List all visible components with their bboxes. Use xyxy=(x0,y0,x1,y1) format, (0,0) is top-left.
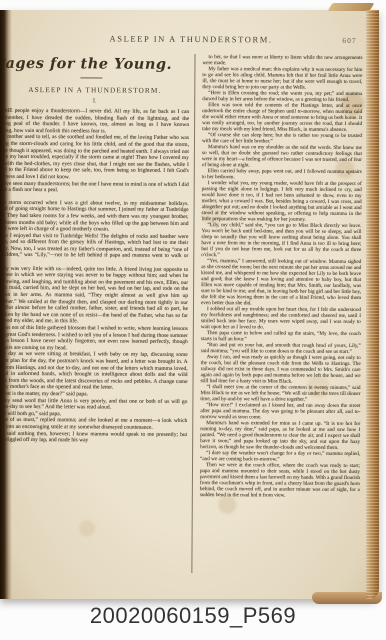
paragraph: I have seen many thunderstorms; but the … xyxy=(0,180,189,194)
paragraph: Ellen was soon told the contents of the … xyxy=(202,102,362,133)
paragraph: The storm occurred when I was a girl abo… xyxy=(0,200,189,234)
paragraph: She said nothing then, however; I knew m… xyxy=(0,430,187,444)
paragraph: I sobbed out all my trouble upon her hea… xyxy=(201,306,361,331)
heading-divider-rule xyxy=(80,77,102,78)
paragraph: to her, so that I was more at liberty to… xyxy=(202,54,362,67)
paragraph: “How nice!” I exclaimed as I kissed her,… xyxy=(200,402,360,421)
right-column-paragraphs: to her, so that I was more at liberty to… xyxy=(200,54,363,499)
running-head: ASLEEP IN A THUNDERSTORM. 607 xyxy=(2,33,379,47)
paragraph: “Here is Ellen crossing the road; she wa… xyxy=(202,90,362,103)
paragraph: “Run and put on your hat, and smooth tha… xyxy=(201,342,361,355)
paragraph: How I enjoyed that visit to Tunbridge We… xyxy=(0,232,188,266)
paragraph: Away I ran, and was ready as quickly as … xyxy=(201,354,361,385)
right-column: to her, so that I was more at liberty to… xyxy=(191,54,363,574)
book-fore-edge xyxy=(366,10,379,599)
paragraph: I wonder what you, my young reader, woul… xyxy=(202,180,362,223)
page-number: 607 xyxy=(342,36,356,45)
scanned-page-photo: ASLEEP IN A THUNDERSTORM. 607 Pages for … xyxy=(0,0,386,640)
paragraph: “Of course she can sleep here; but she i… xyxy=(202,132,362,145)
paragraph: It was not of this little gathered bloss… xyxy=(0,325,188,353)
paragraph: Then papa came in below and called up th… xyxy=(201,330,361,343)
left-column-paragraphs: SOME people enjoy a thunderstorm—I never… xyxy=(0,108,189,445)
paragraph: Mamma's hand was on my shoulder as she s… xyxy=(202,144,362,169)
paragraph: Ellen carried baby away, papa went out, … xyxy=(202,168,362,181)
paragraph: “I dare say the weather won't change for… xyxy=(200,450,360,463)
left-column: Pages for the Young. ASLEEP IN A THUNDER… xyxy=(0,53,190,573)
paragraph: Then we were at the coach office, where … xyxy=(200,462,360,499)
article-title: ASLEEP IN A THUNDERSTORM. xyxy=(0,85,189,95)
paragraph: SOME people enjoy a thunderstorm—I never… xyxy=(0,108,189,136)
paragraph: Mamma's hand was extended for mine as I … xyxy=(200,420,360,451)
paragraph: “I shall meet you at the corner of the c… xyxy=(200,384,360,403)
paragraph: “They send word that little Anna is very… xyxy=(0,397,187,411)
book-page: ASLEEP IN A THUNDERSTORM. 607 Pages for … xyxy=(0,10,379,599)
chapter-number: I. xyxy=(0,97,189,105)
running-head-title: ASLEEP IN A THUNDERSTORM. xyxy=(2,33,379,45)
archive-id-watermark: 20020060159_P569 xyxy=(0,603,386,629)
paragraph: “Yes, mamma,” I answered, still looking … xyxy=(201,258,361,307)
text-columns: Pages for the Young. ASLEEP IN A THUNDER… xyxy=(0,53,364,574)
paragraph: “One of us must,” replied mamma; and she… xyxy=(0,417,187,431)
section-heading-blackletter: Pages for the Young. xyxy=(0,55,190,73)
paragraph: “Lily, my child,” said she, “you can go … xyxy=(201,222,361,259)
paragraph: My father was a medical man: this explai… xyxy=(202,66,362,91)
page-content: ASLEEP IN A THUNDERSTORM. 607 Pages for … xyxy=(0,10,379,599)
paragraph: Baby was very little with us—indeed, qui… xyxy=(0,265,188,326)
book-gutter-shadow xyxy=(0,10,12,599)
paragraph: One day as we were sitting at breakfast,… xyxy=(0,351,188,392)
paragraph: My mother used to tell, as she soothed a… xyxy=(0,134,189,181)
